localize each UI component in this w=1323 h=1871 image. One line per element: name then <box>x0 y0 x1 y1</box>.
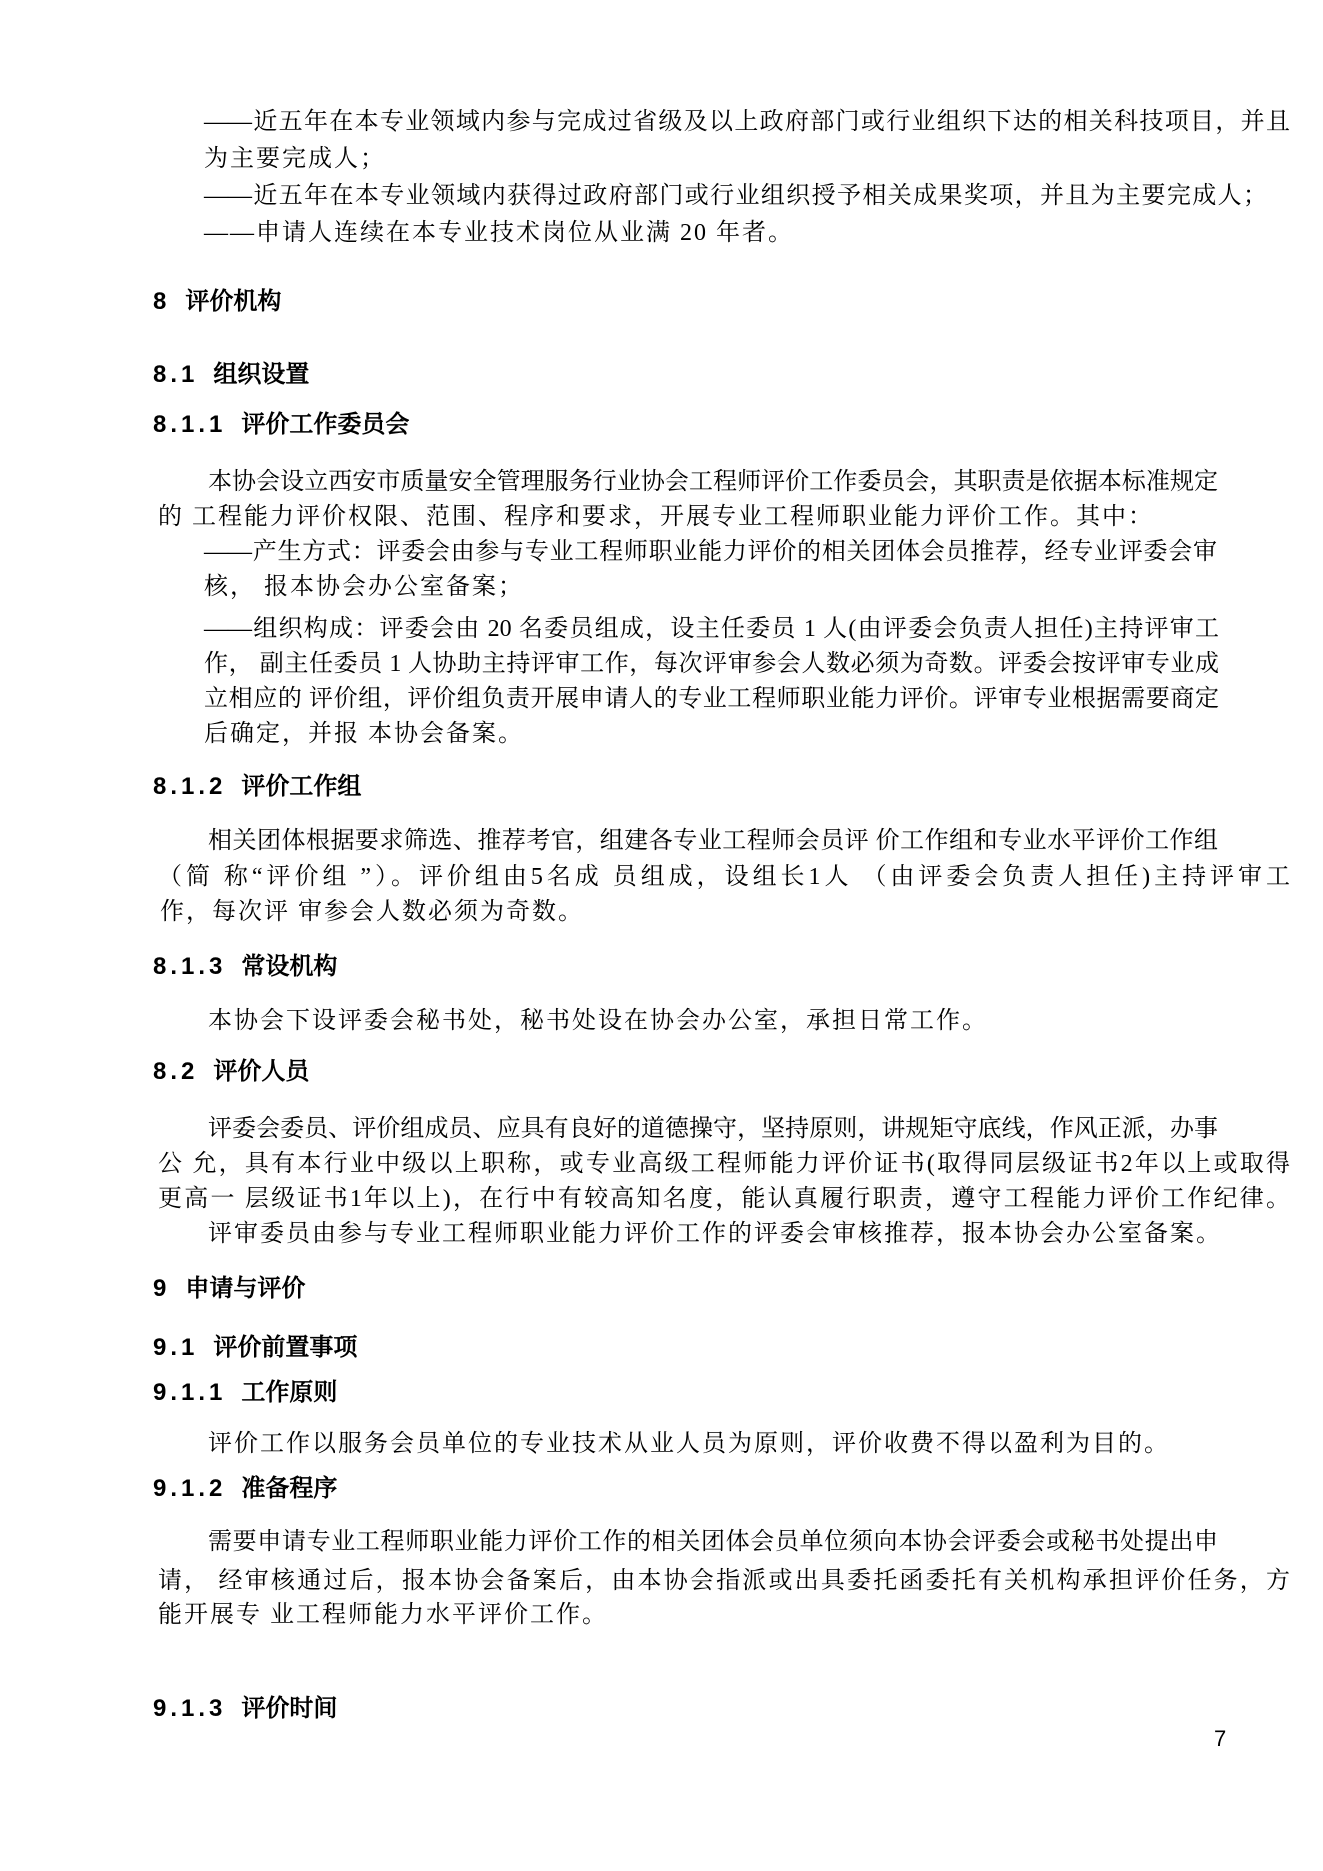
text-line: 更高一 层级证书1年以上)，在行中有较高知名度，能认真履行职责，遵守工程能力评价… <box>158 1184 1290 1214</box>
section-title: 常设机构 <box>241 953 337 980</box>
section-heading-8.2: 8.2评价人员 <box>153 1057 309 1087</box>
document-page: ——近五年在本专业领域内参与完成过省级及以上政府部门或行业组织下达的相关科技项目… <box>0 0 1323 1871</box>
section-title: 评价人员 <box>213 1058 309 1085</box>
section-heading-8.1: 8.1组织设置 <box>153 360 309 390</box>
section-heading-9.1: 9.1评价前置事项 <box>153 1333 357 1363</box>
text-line: ——组织构成：评委会由 20 名委员组成，设主任委员 1 人(由评委会负责人担任… <box>204 614 1219 644</box>
section-heading-9.1.1: 9.1.1工作原则 <box>153 1378 337 1408</box>
section-title: 评价机构 <box>185 288 281 315</box>
text-line: 为主要完成人； <box>204 144 386 174</box>
section-number: 8.1.1 <box>153 411 226 438</box>
text-line: ——近五年在本专业领域内获得过政府部门或行业组织授予相关成果奖项，并且为主要完成… <box>204 181 1267 211</box>
section-number: 9.1.1 <box>153 1379 226 1406</box>
section-number: 8.1.3 <box>153 953 226 980</box>
section-title: 组织设置 <box>213 361 309 388</box>
section-title: 申请与评价 <box>185 1275 305 1302</box>
text-line: 评委会委员、评价组成员、应具有良好的道德操守，坚持原则，讲规矩守底线，作风正派，… <box>208 1114 1218 1144</box>
text-line: 立相应的 评价组，评价组负责开展申请人的专业工程师职业能力评价。评审专业根据需要… <box>204 684 1219 714</box>
page-number: 7 <box>1214 1726 1226 1752</box>
text-line: 本协会下设评委会秘书处，秘书处设在协会办公室，承担日常工作。 <box>208 1006 988 1036</box>
text-line: 核， 报本协会办公室备案； <box>204 572 524 602</box>
text-line: 请， 经审核通过后，报本协会备案后，由本协会指派或出具委托函委托有关机构承担评价… <box>158 1566 1290 1596</box>
text-line: 评价工作以服务会员单位的专业技术从业人员为原则，评价收费不得以盈利为目的。 <box>208 1429 1170 1459</box>
section-number: 9.1.3 <box>153 1695 226 1722</box>
section-number: 8 <box>153 288 170 315</box>
section-number: 9.1 <box>153 1334 198 1361</box>
text-line: 作，每次评 审参会人数必须为奇数。 <box>160 897 584 927</box>
text-line: ——近五年在本专业领域内参与完成过省级及以上政府部门或行业组织下达的相关科技项目… <box>204 107 1290 137</box>
section-heading-8.1.2: 8.1.2评价工作组 <box>153 772 361 802</box>
section-number: 8.1 <box>153 361 198 388</box>
section-title: 评价工作组 <box>241 773 361 800</box>
section-heading-8: 8评价机构 <box>153 287 281 317</box>
section-title: 准备程序 <box>241 1475 337 1502</box>
section-number: 8.2 <box>153 1058 198 1085</box>
text-line: 后确定，并报 本协会备案。 <box>204 719 524 749</box>
text-line: 能开展专 业工程师能力水平评价工作。 <box>158 1600 608 1630</box>
section-title: 评价前置事项 <box>213 1334 357 1361</box>
section-title: 工作原则 <box>241 1379 337 1406</box>
section-heading-9: 9申请与评价 <box>153 1274 305 1304</box>
section-number: 9 <box>153 1275 170 1302</box>
text-line: （简 称“评价组 ”）。评价组由5名成 员组成，设组长1人 （由评委会负责人担任… <box>158 862 1290 892</box>
section-heading-8.1.3: 8.1.3常设机构 <box>153 952 337 982</box>
text-line: 本协会设立西安市质量安全管理服务行业协会工程师评价工作委员会，其职责是依据本标准… <box>208 467 1218 497</box>
text-line: 相关团体根据要求筛选、推荐考官，组建各专业工程师会员评 价工作组和专业水平评价工… <box>208 826 1218 856</box>
section-heading-9.1.2: 9.1.2准备程序 <box>153 1474 337 1504</box>
text-line: 的 工程能力评价权限、范围、程序和要求，开展专业工程师职业能力评价工作。其中： <box>158 502 1154 532</box>
section-number: 9.1.2 <box>153 1475 226 1502</box>
section-number: 8.1.2 <box>153 773 226 800</box>
text-line: 公 允，具有本行业中级以上职称，或专业高级工程师能力评价证书(取得同层级证书2年… <box>158 1149 1290 1179</box>
text-line: 需要申请专业工程师职业能力评价工作的相关团体会员单位须向本协会评委会或秘书处提出… <box>208 1527 1218 1557</box>
section-title: 评价工作委员会 <box>241 411 409 438</box>
section-title: 评价时间 <box>241 1695 337 1722</box>
section-heading-8.1.1: 8.1.1评价工作委员会 <box>153 410 409 440</box>
section-heading-9.1.3: 9.1.3评价时间 <box>153 1694 337 1724</box>
text-line: 作， 副主任委员 1 人协助主持评审工作，每次评审参会人数必须为奇数。评委会按评… <box>204 649 1219 679</box>
text-line: ——产生方式：评委会由参与专业工程师职业能力评价的相关团体会员推荐，经专业评委会… <box>204 537 1217 567</box>
text-line: ——申请人连续在本专业技术岗位从业满 20 年者。 <box>204 218 794 248</box>
text-line: 评审委员由参与专业工程师职业能力评价工作的评委会审核推荐，报本协会办公室备案。 <box>208 1219 1222 1249</box>
